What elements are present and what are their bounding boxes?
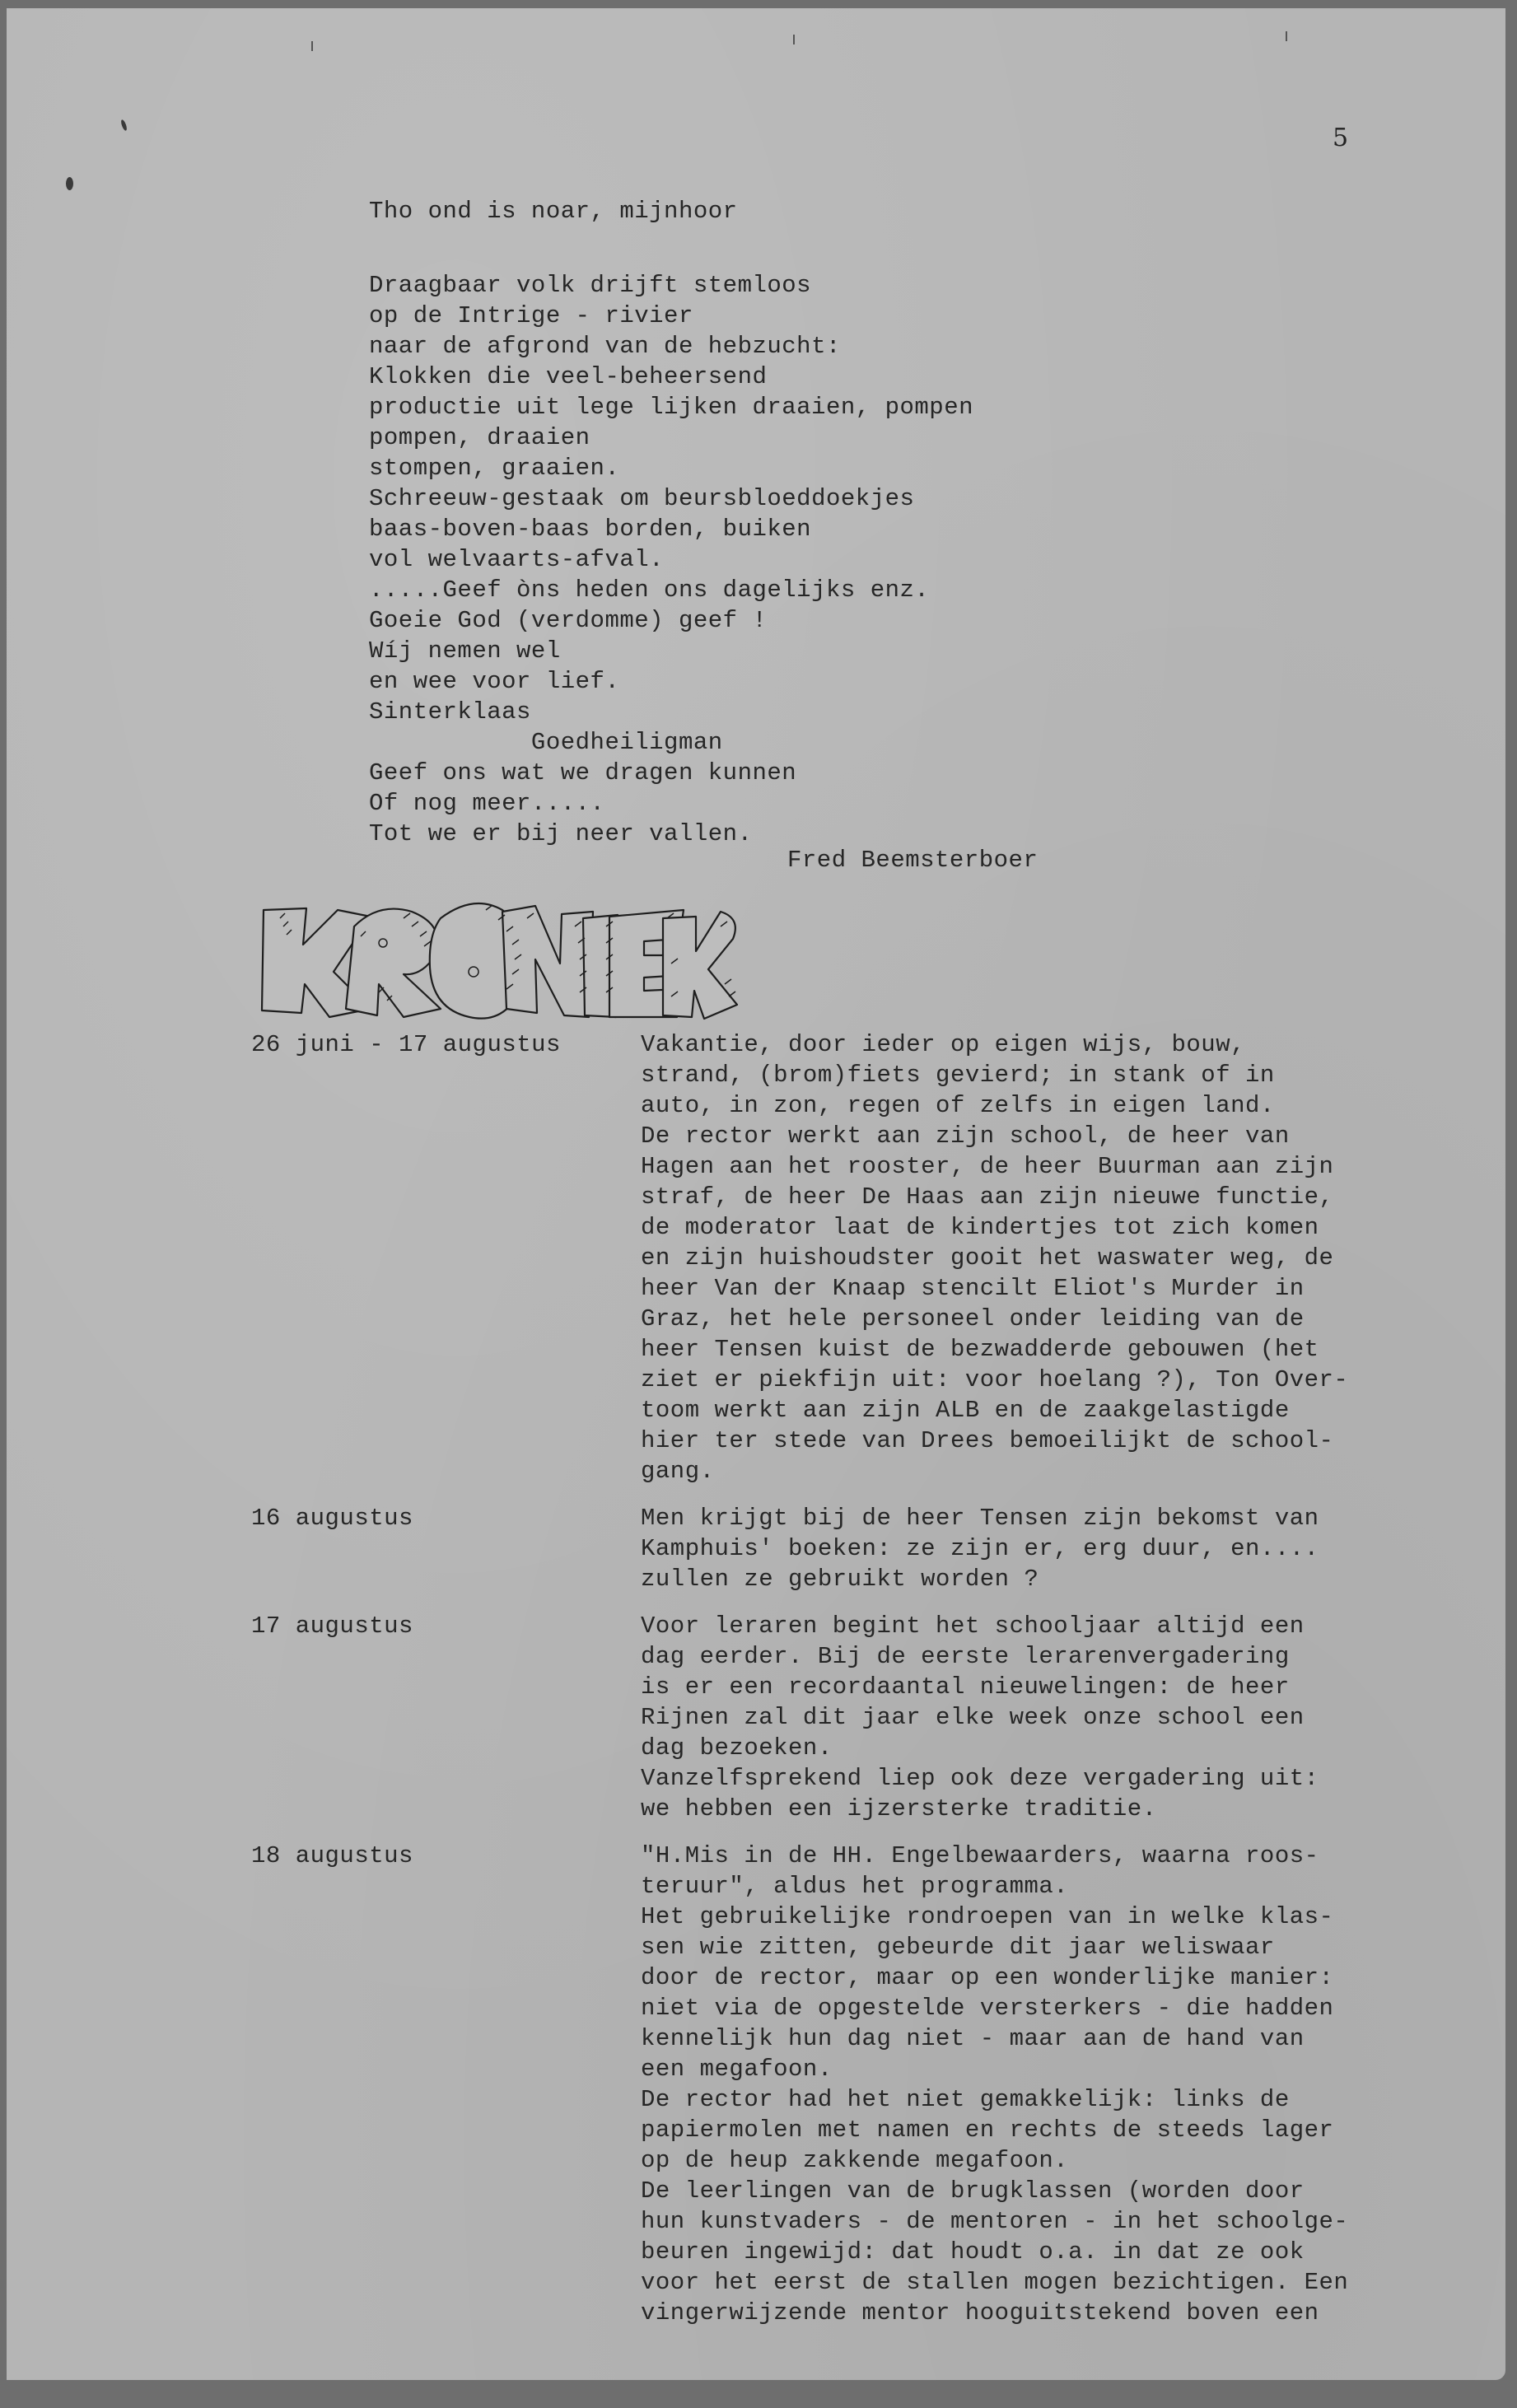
poem-line: op de Intrige - rivier <box>369 301 973 331</box>
entry-line: dag eerder. Bij de eerste lerarenvergade… <box>641 1641 1319 1672</box>
entry-line: teruur", aldus het programma. <box>641 1871 1348 1902</box>
paper-mark <box>793 35 795 44</box>
entry-line: Men krijgt bij de heer Tensen zijn bekom… <box>641 1503 1319 1533</box>
poem-line: Sinterklaas <box>369 697 973 727</box>
entry-line: straf, de heer De Haas aan zijn nieuwe f… <box>641 1182 1348 1212</box>
entry-line: Vanzelfsprekend liep ook deze vergaderin… <box>641 1763 1319 1794</box>
entry-text: Voor leraren begint het schooljaar altij… <box>641 1611 1319 1824</box>
entry-line: "H.Mis in de HH. Engelbewaarders, waarna… <box>641 1841 1348 1871</box>
entry-line: strand, (brom)fiets gevierd; in stank of… <box>641 1060 1348 1090</box>
kroniek-heading-drawing: KRONIEK <box>255 894 741 1025</box>
paper-mark <box>1286 31 1287 41</box>
poem-line: Draagbaar volk drijft stemloos <box>369 270 973 301</box>
entry-line: vingerwijzende mentor hooguitstekend bov… <box>641 2298 1348 2328</box>
entry-line: de moderator laat de kindertjes tot zich… <box>641 1212 1348 1243</box>
chronicle-entry: 16 augustusMen krijgt bij de heer Tensen… <box>251 1503 1454 1594</box>
poem-line: pompen, draaien <box>369 422 973 453</box>
entry-line: Rijnen zal dit jaar elke week onze schoo… <box>641 1702 1319 1733</box>
entry-line: hun kunstvaders - de mentoren - in het s… <box>641 2206 1348 2237</box>
entry-line: sen wie zitten, gebeurde dit jaar welisw… <box>641 1932 1348 1962</box>
typewritten-page: 5 Tho ond is noar, mijnhoor Draagbaar vo… <box>7 8 1505 2380</box>
poem-line: vol welvaarts-afval. <box>369 544 973 575</box>
poem-line: stompen, graaien. <box>369 453 973 483</box>
entry-line: niet via de opgestelde versterkers - die… <box>641 1993 1348 2023</box>
entry-line: een megafoon. <box>641 2054 1348 2084</box>
entry-date: 17 augustus <box>251 1611 641 1824</box>
entry-line: is er een recordaantal nieuwelingen: de … <box>641 1672 1319 1702</box>
poem-line: Tot we er bij neer vallen. <box>369 819 973 849</box>
entry-line: we hebben een ijzersterke traditie. <box>641 1794 1319 1824</box>
entry-line: kennelijk hun dag niet - maar aan de han… <box>641 2023 1348 2054</box>
entry-line: De leerlingen van de brugklassen (worden… <box>641 2176 1348 2206</box>
ink-speck <box>66 177 73 190</box>
poem-line: naar de afgrond van de hebzucht: <box>369 331 973 362</box>
poem-title: Tho ond is noar, mijnhoor <box>369 198 738 225</box>
entry-line: ziet er piekfijn uit: voor hoelang ?), T… <box>641 1365 1348 1395</box>
entry-line: papiermolen met namen en rechts de steed… <box>641 2115 1348 2145</box>
entry-line: Voor leraren begint het schooljaar altij… <box>641 1611 1319 1641</box>
poem-line: en wee voor lief. <box>369 666 973 697</box>
poem-line: Goedheiligman <box>369 727 973 758</box>
poem-line: productie uit lege lijken draaien, pompe… <box>369 392 973 422</box>
entry-text: Men krijgt bij de heer Tensen zijn bekom… <box>641 1503 1319 1594</box>
entry-line: heer Tensen kuist de bezwadderde gebouwe… <box>641 1334 1348 1365</box>
entry-line: gang. <box>641 1456 1348 1486</box>
poem-line: Goeie God (verdomme) geef ! <box>369 605 973 636</box>
entry-line: De rector had het niet gemakkelijk: link… <box>641 2084 1348 2115</box>
entry-line: dag bezoeken. <box>641 1733 1319 1763</box>
entry-line: beuren ingewijd: dat houdt o.a. in dat z… <box>641 2237 1348 2267</box>
entry-date: 26 juni - 17 augustus <box>251 1029 641 1486</box>
paper-mark <box>311 41 313 51</box>
entry-line: op de heup zakkende megafoon. <box>641 2145 1348 2176</box>
entry-line: hier ter stede van Drees bemoeilijkt de … <box>641 1426 1348 1456</box>
poem-line: Of nog meer..... <box>369 788 973 819</box>
entry-date: 16 augustus <box>251 1503 641 1594</box>
chronicle-entry: 26 juni - 17 augustusVakantie, door iede… <box>251 1029 1454 1486</box>
page-number: 5 <box>1333 124 1349 152</box>
poem-author: Fred Beemsterboer <box>787 847 1038 874</box>
chronicle-entry: 17 augustusVoor leraren begint het schoo… <box>251 1611 1454 1824</box>
poem-line: Wíj nemen wel <box>369 636 973 666</box>
entry-line: zullen ze gebruikt worden ? <box>641 1564 1319 1594</box>
entry-line: en zijn huishoudster gooit het waswater … <box>641 1243 1348 1273</box>
entry-line: auto, in zon, regen of zelfs in eigen la… <box>641 1090 1348 1121</box>
poem-line: Schreeuw-gestaak om beursbloeddoekjes <box>369 483 973 514</box>
entry-line: voor het eerst de stallen mogen bezichti… <box>641 2267 1348 2298</box>
entry-line: De rector werkt aan zijn school, de heer… <box>641 1121 1348 1151</box>
entry-line: Het gebruikelijke rondroepen van in welk… <box>641 1902 1348 1932</box>
chronicle-entry: 18 augustus"H.Mis in de HH. Engelbewaard… <box>251 1841 1454 2328</box>
entry-line: toom werkt aan zijn ALB en de zaakgelast… <box>641 1395 1348 1426</box>
entry-line: Vakantie, door ieder op eigen wijs, bouw… <box>641 1029 1348 1060</box>
poem-line: .....Geef òns heden ons dagelijks enz. <box>369 575 973 605</box>
entry-line: heer Van der Knaap stencilt Eliot's Murd… <box>641 1273 1348 1304</box>
poem-line: Klokken die veel-beheersend <box>369 362 973 392</box>
ink-speck <box>120 119 128 132</box>
poem-line: baas-boven-baas borden, buiken <box>369 514 973 544</box>
entry-text: Vakantie, door ieder op eigen wijs, bouw… <box>641 1029 1348 1486</box>
entry-line: Hagen aan het rooster, de heer Buurman a… <box>641 1151 1348 1182</box>
entry-date: 18 augustus <box>251 1841 641 2328</box>
poem-line: Geef ons wat we dragen kunnen <box>369 758 973 788</box>
entry-line: door de rector, maar op een wonderlijke … <box>641 1962 1348 1993</box>
poem-body: Draagbaar volk drijft stemloosop de Intr… <box>369 270 973 849</box>
entry-line: Graz, het hele personeel onder leiding v… <box>641 1304 1348 1334</box>
chronicle-list: 26 juni - 17 augustusVakantie, door iede… <box>251 1029 1454 2345</box>
entry-text: "H.Mis in de HH. Engelbewaarders, waarna… <box>641 1841 1348 2328</box>
entry-line: Kamphuis' boeken: ze zijn er, erg duur, … <box>641 1533 1319 1564</box>
